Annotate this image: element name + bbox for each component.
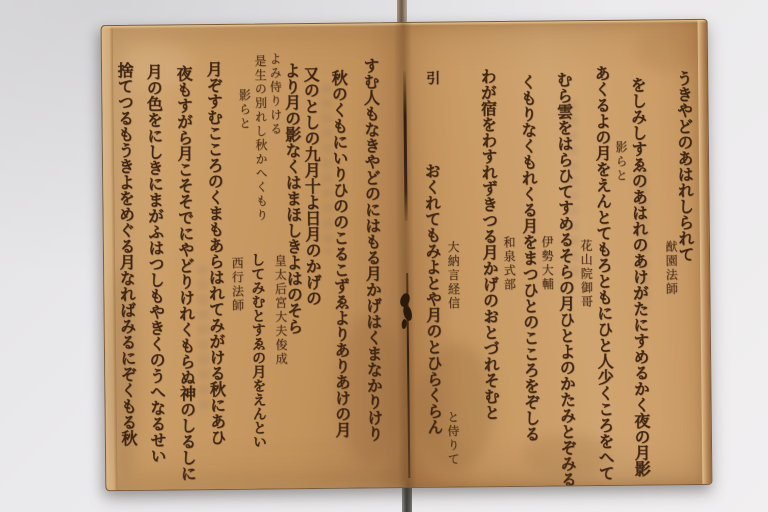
manuscript-photo: すむ人もなきやどのにはもる月かげはくまなかりけり 秋のくもにいりひののこるこずゑ…	[0, 0, 768, 512]
annotation-column: と侍りて	[447, 410, 460, 466]
author-name-column: 猷園法師	[665, 240, 678, 296]
poem-column: 月ぞすむこころのくまもあらはれてみがける秋にあひ	[205, 61, 225, 445]
poem-column: 又のとしの九月十よ日月のかげの	[302, 66, 321, 306]
manuscript-book: すむ人もなきやどのにはもる月かげはくまなかりけり 秋のくもにいりひののこるこずゑ…	[101, 19, 713, 491]
annotation-column: よみ侍りける	[269, 52, 282, 136]
annotation-column: 影らと	[238, 89, 250, 131]
author-name-column: 伊勢大輔	[541, 235, 554, 291]
page-edge	[698, 20, 712, 484]
poem-column: をしみしすゑのあはれのあけがたにすめるかく夜の月影	[629, 76, 649, 476]
author-name-column: 和泉式部	[503, 236, 516, 292]
author-name-column: 花山院御哥	[580, 239, 593, 309]
poem-column: 秋のくもにいりひののこるこずゑよりありあけの月	[330, 70, 350, 438]
right-page: うきやどのあはれしられて 猷園法師 をしみしすゑのあはれのあけがたにすめるかく夜…	[402, 20, 712, 487]
poem-column: してみむとすゑの月をえんとい	[250, 252, 266, 448]
poem-column: おくれてもみよとや月のとひらくらん	[423, 163, 442, 435]
poem-column: むら雲をはらひてすめるそらの月ひとよのかたみとぞみる	[555, 71, 575, 487]
poem-column: 捨てつるもうきよをめぐる月なればみるにぞくもる秋	[116, 62, 136, 446]
poem-column: 夜もすがら月こそそでにやどりけれくもらぬ神のしるしに	[175, 65, 195, 481]
annotation-column: 影らと	[615, 141, 627, 183]
paper-stain	[635, 28, 701, 73]
left-page: すむ人もなきやどのにはもる月かげはくまなかりけり 秋のくもにいりひののこるこずゑ…	[102, 23, 407, 490]
poem-column: うきやどのあはれしられて	[675, 70, 693, 262]
author-name-column: 西行法師	[231, 257, 244, 313]
annotation-column: 是生の別れし秋かへくもり	[254, 54, 268, 222]
poem-column: くもりなくもれくる月をまつひとのこころをぞしる	[519, 74, 539, 442]
binding-knot	[398, 291, 414, 331]
poem-column: すむ人もなきやどのにはもる月かげはくまなかりけり	[362, 57, 382, 441]
poem-column: 月の色をにしきにまがふはつしもやきくのうへなるせい	[145, 64, 165, 464]
author-name-column: 大納言経信	[447, 240, 460, 310]
poem-column: 引	[425, 71, 439, 85]
poem-column: わが宿をわすれずきつる月かげのおとづれそむと	[479, 68, 499, 420]
poem-column: あくるよの月をえんとてもろともにひと人少くころをへて	[593, 65, 613, 481]
page-edge	[402, 20, 707, 26]
page-edge	[102, 23, 402, 29]
author-name-column: 皇太后宮大夫俊成	[274, 254, 287, 366]
